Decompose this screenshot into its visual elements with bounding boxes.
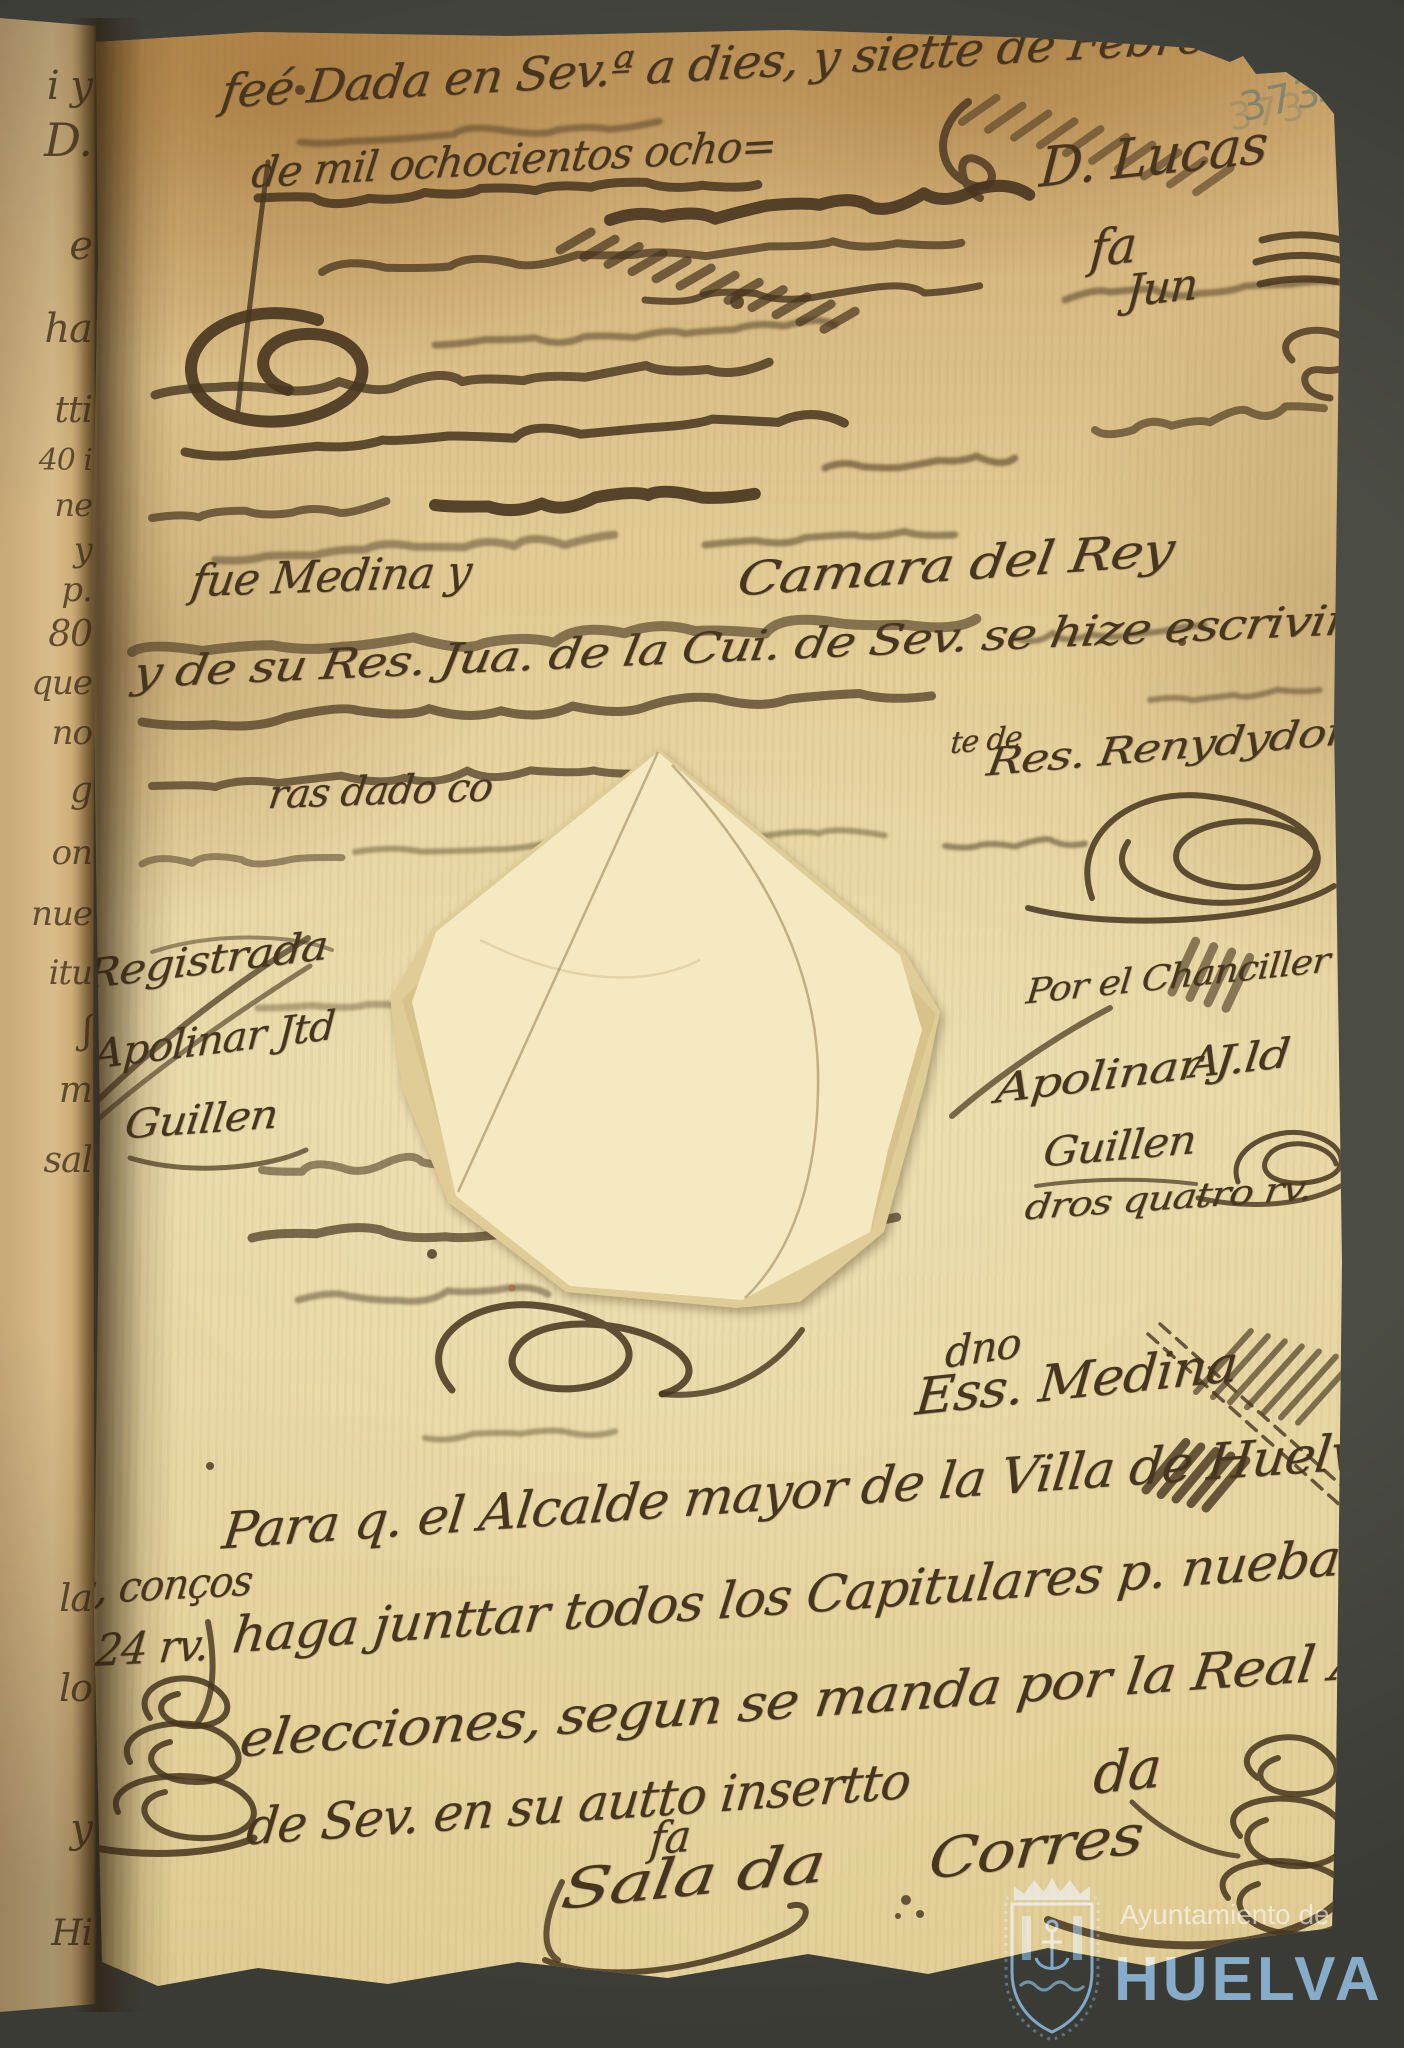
cutoff-text-fragment: 80	[48, 614, 92, 655]
paper-seal-cover	[0, 0, 1404, 2048]
cutoff-text-fragment: itu	[49, 953, 92, 993]
red-wax-speck	[509, 1285, 516, 1292]
cutoff-text-fragment: ʃ	[83, 1008, 92, 1052]
cutoff-text-fragment: D.	[44, 113, 92, 167]
seal-top-sheet	[412, 752, 922, 1300]
cutoff-text-fragment: i y	[47, 63, 92, 109]
cutoff-text-fragment: nue	[31, 894, 92, 934]
cutoff-text-fragment: y	[74, 530, 92, 570]
facing-page-edge: i yD.ehatti40 ineyp.80quenogonnueituʃmsa…	[0, 18, 96, 2012]
cutoff-text-fragment: tti	[55, 390, 92, 431]
cutoff-text-fragment: lo	[59, 1666, 92, 1710]
cutoff-text-fragment: e	[69, 223, 92, 269]
cutoff-text-fragment: sal	[44, 1140, 92, 1181]
cutoff-text-fragment: Hi	[51, 1913, 92, 1954]
ink-scribble	[1322, 96, 1354, 100]
archival-scan: i yD.ehatti40 ineyp.80quenogonnueituʃmsa…	[0, 0, 1404, 2048]
cutoff-text-fragment: p.	[61, 570, 92, 610]
cutoff-text-fragment: no	[52, 713, 92, 753]
cutoff-text-fragment: la	[59, 1576, 92, 1620]
cutoff-text-fragment: 40 i	[39, 443, 92, 478]
manuscript-page: feé Dada en Sev.ª a dies, y siette de Fe…	[88, 22, 1350, 2004]
cutoff-text-fragment: que	[31, 663, 92, 703]
cutoff-text-fragment: on	[52, 833, 92, 873]
cutoff-text-fragment: ne	[54, 486, 92, 524]
cutoff-text-fragment: m	[59, 1070, 92, 1111]
cutoff-text-fragment: ha	[44, 306, 92, 352]
cutoff-text-fragment: y	[70, 1806, 92, 1852]
shield-waves	[1020, 1982, 1084, 1990]
cutoff-text-fragment: g	[70, 770, 92, 811]
